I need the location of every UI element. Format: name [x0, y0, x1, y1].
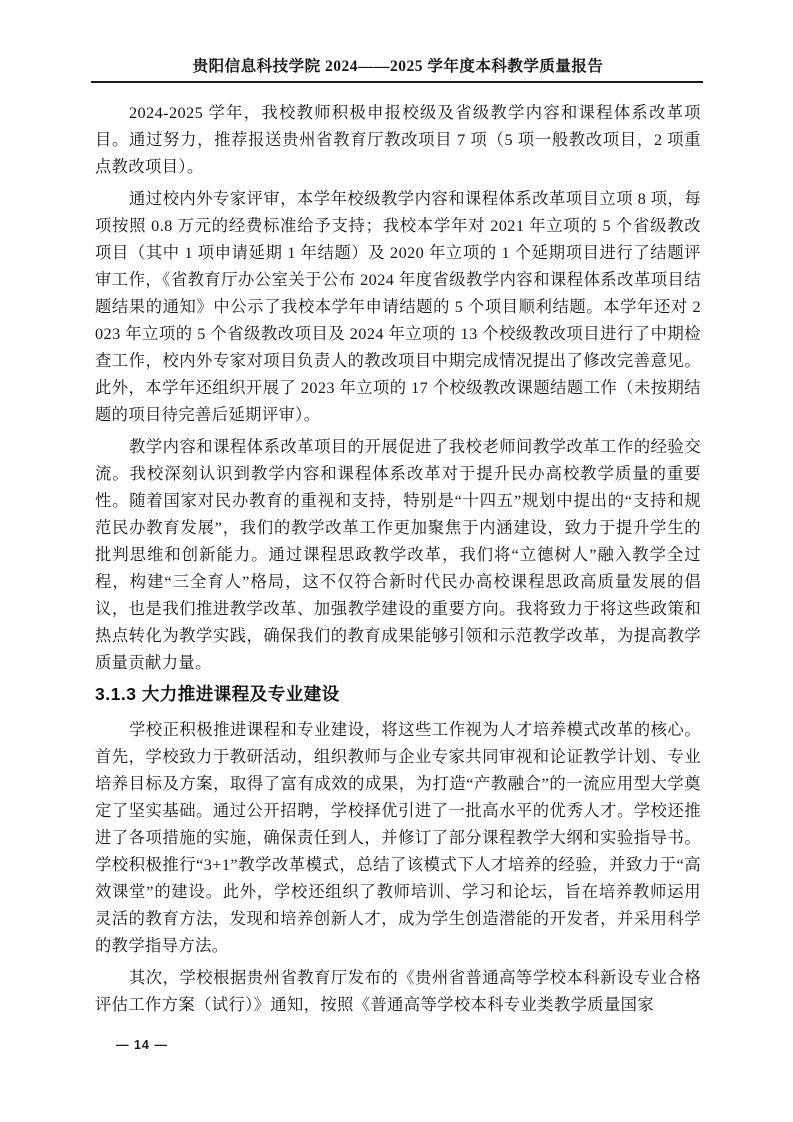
paragraph-reform-significance: 教学内容和课程体系改革项目的开展促进了我校老师间教学改革工作的经验交流。我校深刻… — [95, 433, 701, 676]
page-footer: — 14 — — [116, 1038, 168, 1052]
header-rule — [91, 81, 703, 83]
paragraph-project-review: 通过校内外专家评审，本学年校级教学内容和课程体系改革项目立项 8 项，每项按照 … — [95, 185, 701, 428]
paragraph-curriculum-construction: 学校正积极推进课程和专业建设，将这些工作视为人才培养模式改革的核心。首先，学校致… — [95, 716, 701, 959]
header-title: 贵阳信息科技学院 2024——2025 学年度本科教学质量报告 — [95, 58, 701, 76]
paragraph-teaching-reform-apply: 2024-2025 学年，我校教师积极申报校级及省级教学内容和课程体系改革项目。… — [95, 99, 701, 180]
page-number: — 14 — — [116, 1038, 168, 1052]
document-page: 贵阳信息科技学院 2024——2025 学年度本科教学质量报告 2024-202… — [0, 0, 793, 1122]
paragraph-evaluation-plan: 其次，学校根据贵州省教育厅发布的《贵州省普通高等学校本科新设专业合格评估工作方案… — [95, 964, 701, 1018]
section-heading-3-1-3: 3.1.3 大力推进课程及专业建设 — [95, 681, 701, 707]
document-body: 2024-2025 学年，我校教师积极申报校级及省级教学内容和课程体系改革项目。… — [95, 99, 701, 1023]
